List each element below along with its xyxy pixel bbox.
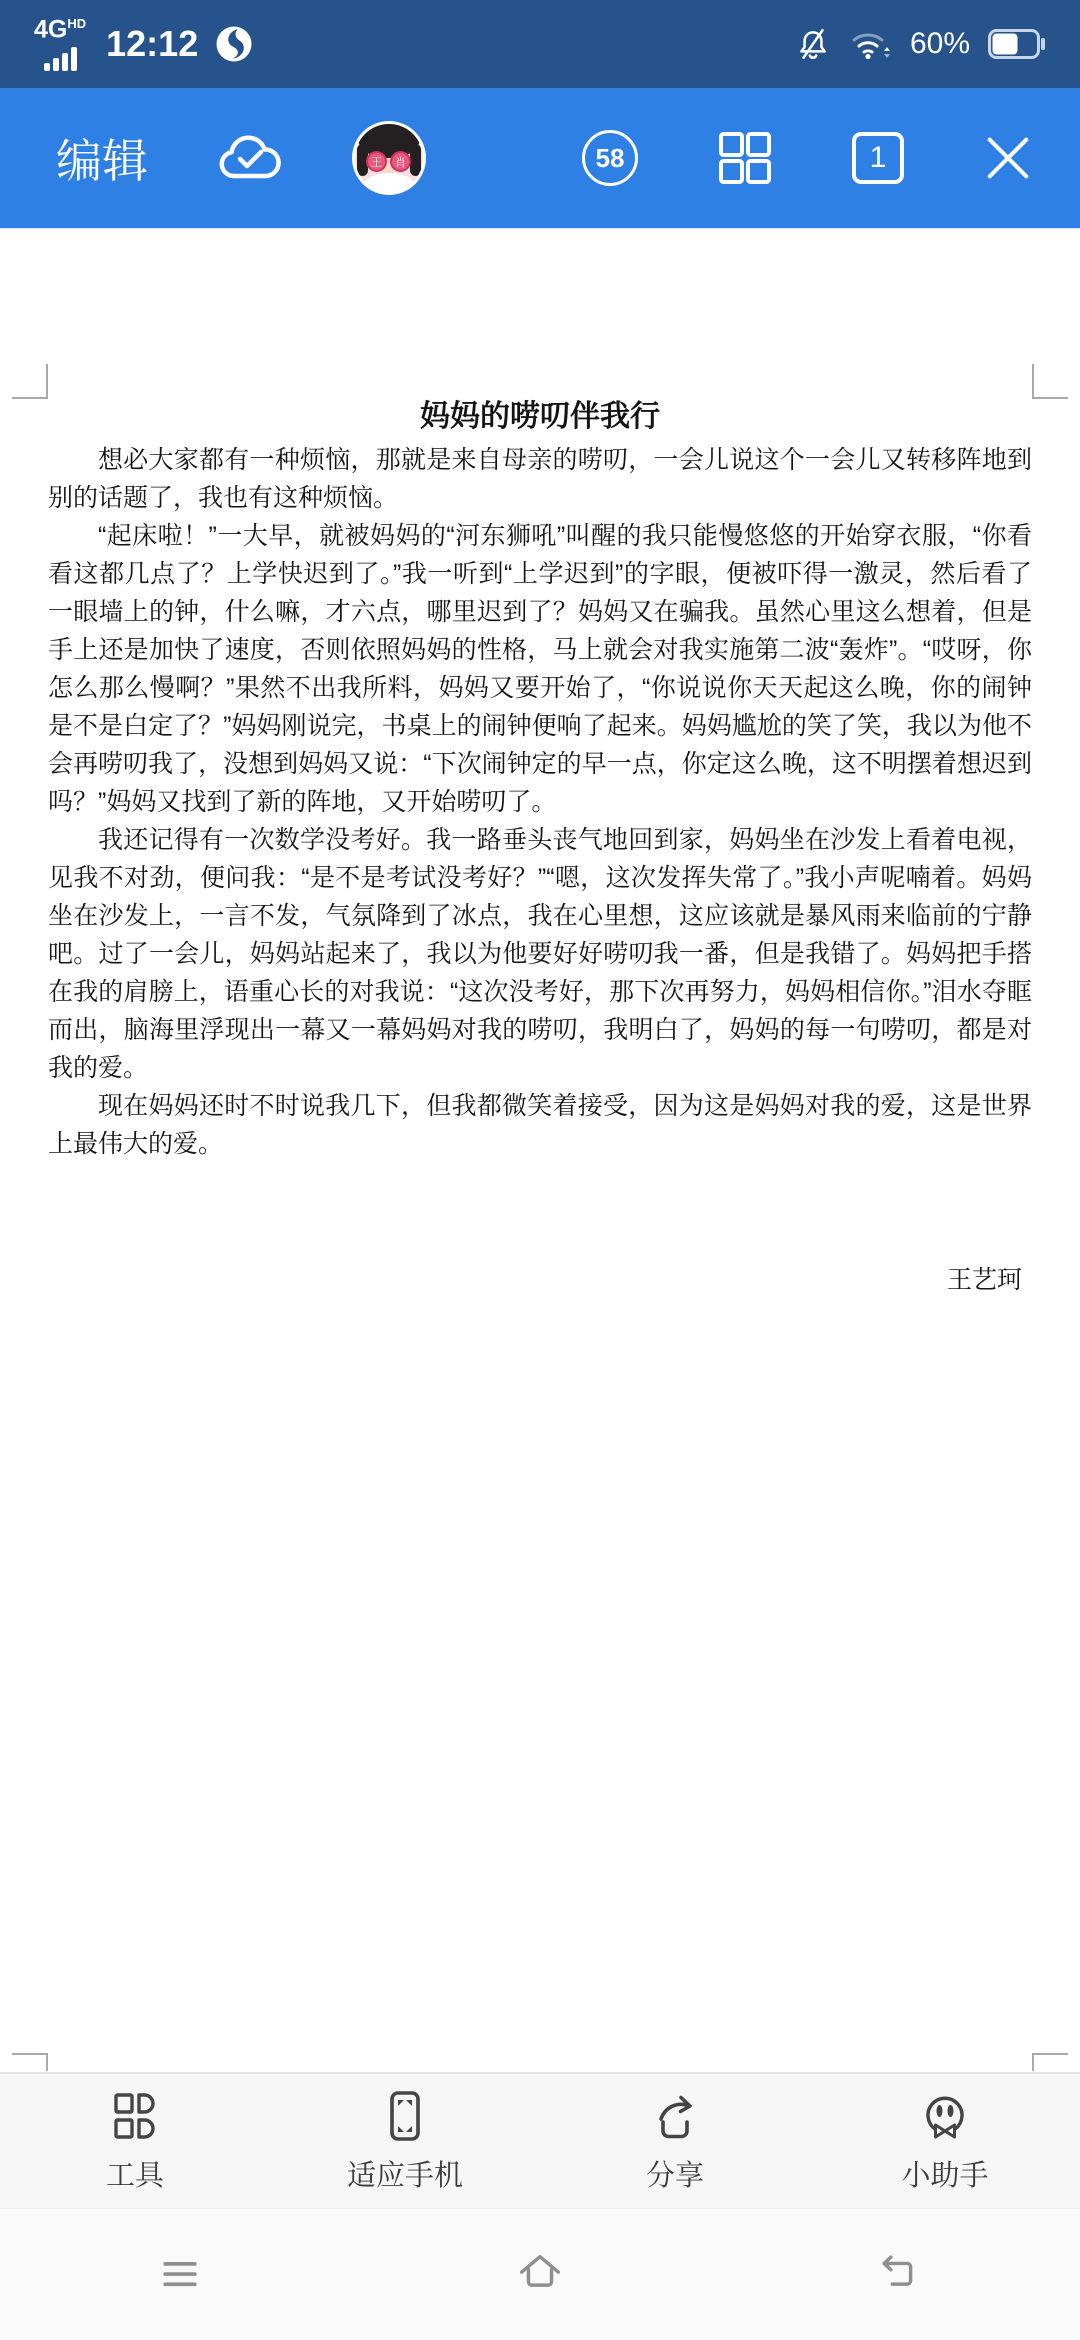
back-button[interactable] [720, 2249, 1080, 2301]
bottom-toolbar: 工具 适应手机 分享 [0, 2072, 1080, 2208]
tools-button[interactable]: 工具 [0, 2074, 270, 2208]
essay-paragraph-2: “起床啦！”一大早，就被妈妈的“河东狮吼”叫醒的我只能慢悠悠的开始穿衣服，“你看… [48, 517, 1032, 821]
wps-editor-screen: 4GHD 12:12 [0, 0, 1080, 2340]
grid-icon [716, 129, 774, 187]
status-left-cluster: 4GHD 12:12 [34, 17, 254, 70]
cloud-save-button[interactable] [212, 129, 288, 187]
avatar-shirt [364, 173, 414, 195]
tools-grid-icon [108, 2089, 162, 2143]
share-button[interactable]: 分享 [540, 2074, 810, 2208]
fit-phone-icon [378, 2089, 432, 2143]
edit-button[interactable]: 编辑 [56, 125, 148, 191]
mute-bell-icon [794, 25, 832, 63]
menu-icon [155, 2250, 205, 2300]
network-indicator: 4GHD [34, 17, 86, 70]
essay-paragraph-3: 我还记得有一次数学没考好。我一路垂头丧气地回到家，妈妈坐在沙发上看着电视，见我不… [48, 821, 1032, 1087]
page-corner-mark-bottom-left [12, 2053, 48, 2071]
user-avatar[interactable]: 王 肖 [352, 121, 426, 195]
fit-phone-button[interactable]: 适应手机 [270, 2074, 540, 2208]
app-notification-icon [214, 24, 254, 64]
network-type-label: 4GHD [34, 17, 86, 42]
edit-toolbar: 编辑 王 肖 58 [0, 88, 1080, 228]
wifi-icon [850, 27, 892, 61]
status-bar: 4GHD 12:12 [0, 0, 1080, 88]
avatar-hair-right [410, 144, 421, 176]
essay-paragraph-1: 想必大家都有一种烦恼，那就是来自母亲的唠叨，一会儿说这个一会儿又转移阵地到别的话… [48, 441, 1032, 517]
system-nav-bar [0, 2208, 1080, 2340]
page-indicator-button[interactable]: 1 [852, 132, 904, 184]
home-icon [514, 2249, 566, 2301]
author-signature: 王艺珂 [48, 1261, 1032, 1299]
menu-button[interactable] [0, 2250, 360, 2300]
home-button[interactable] [360, 2249, 720, 2301]
share-label: 分享 [646, 2153, 704, 2194]
hd-badge: HD [67, 16, 86, 31]
document-page[interactable]: 妈妈的唠叨伴我行 想必大家都有一种烦恼，那就是来自母亲的唠叨，一会儿说这个一会儿… [0, 228, 1080, 2072]
back-icon [874, 2249, 926, 2301]
page-corner-mark-top-left [12, 364, 48, 399]
close-icon [982, 132, 1034, 184]
essay-title: 妈妈的唠叨伴我行 [48, 395, 1032, 439]
signal-strength-icon [44, 45, 80, 71]
assistant-button[interactable]: 小助手 [810, 2074, 1080, 2208]
close-document-button[interactable] [982, 132, 1034, 184]
avatar-binocular-right: 肖 [390, 151, 411, 172]
page-corner-mark-top-right [1032, 364, 1068, 399]
avatar-binocular-left: 王 [366, 151, 387, 172]
toolbar-right-cluster: 58 1 [582, 129, 1034, 187]
cloud-check-icon [212, 129, 288, 187]
tools-label: 工具 [106, 2153, 164, 2194]
battery-icon [988, 29, 1046, 59]
clock-time: 12:12 [106, 23, 198, 65]
battery-percent-label: 60% [910, 27, 970, 61]
share-icon [648, 2089, 702, 2143]
fit-phone-label: 适应手机 [347, 2153, 463, 2194]
multi-window-button[interactable] [716, 129, 774, 187]
essay-paragraph-4: 现在妈妈还时不时说我几下，但我都微笑着接受，因为这是妈妈对我的爱，这是世界上最伟… [48, 1087, 1032, 1163]
assistant-label: 小助手 [901, 2153, 988, 2194]
member-badge-button[interactable]: 58 [582, 130, 638, 186]
assistant-face-icon [918, 2089, 972, 2143]
page-corner-mark-bottom-right [1032, 2053, 1068, 2071]
document-content: 妈妈的唠叨伴我行 想必大家都有一种烦恼，那就是来自母亲的唠叨，一会儿说这个一会儿… [0, 229, 1080, 1299]
status-right-cluster: 60% [794, 25, 1046, 63]
